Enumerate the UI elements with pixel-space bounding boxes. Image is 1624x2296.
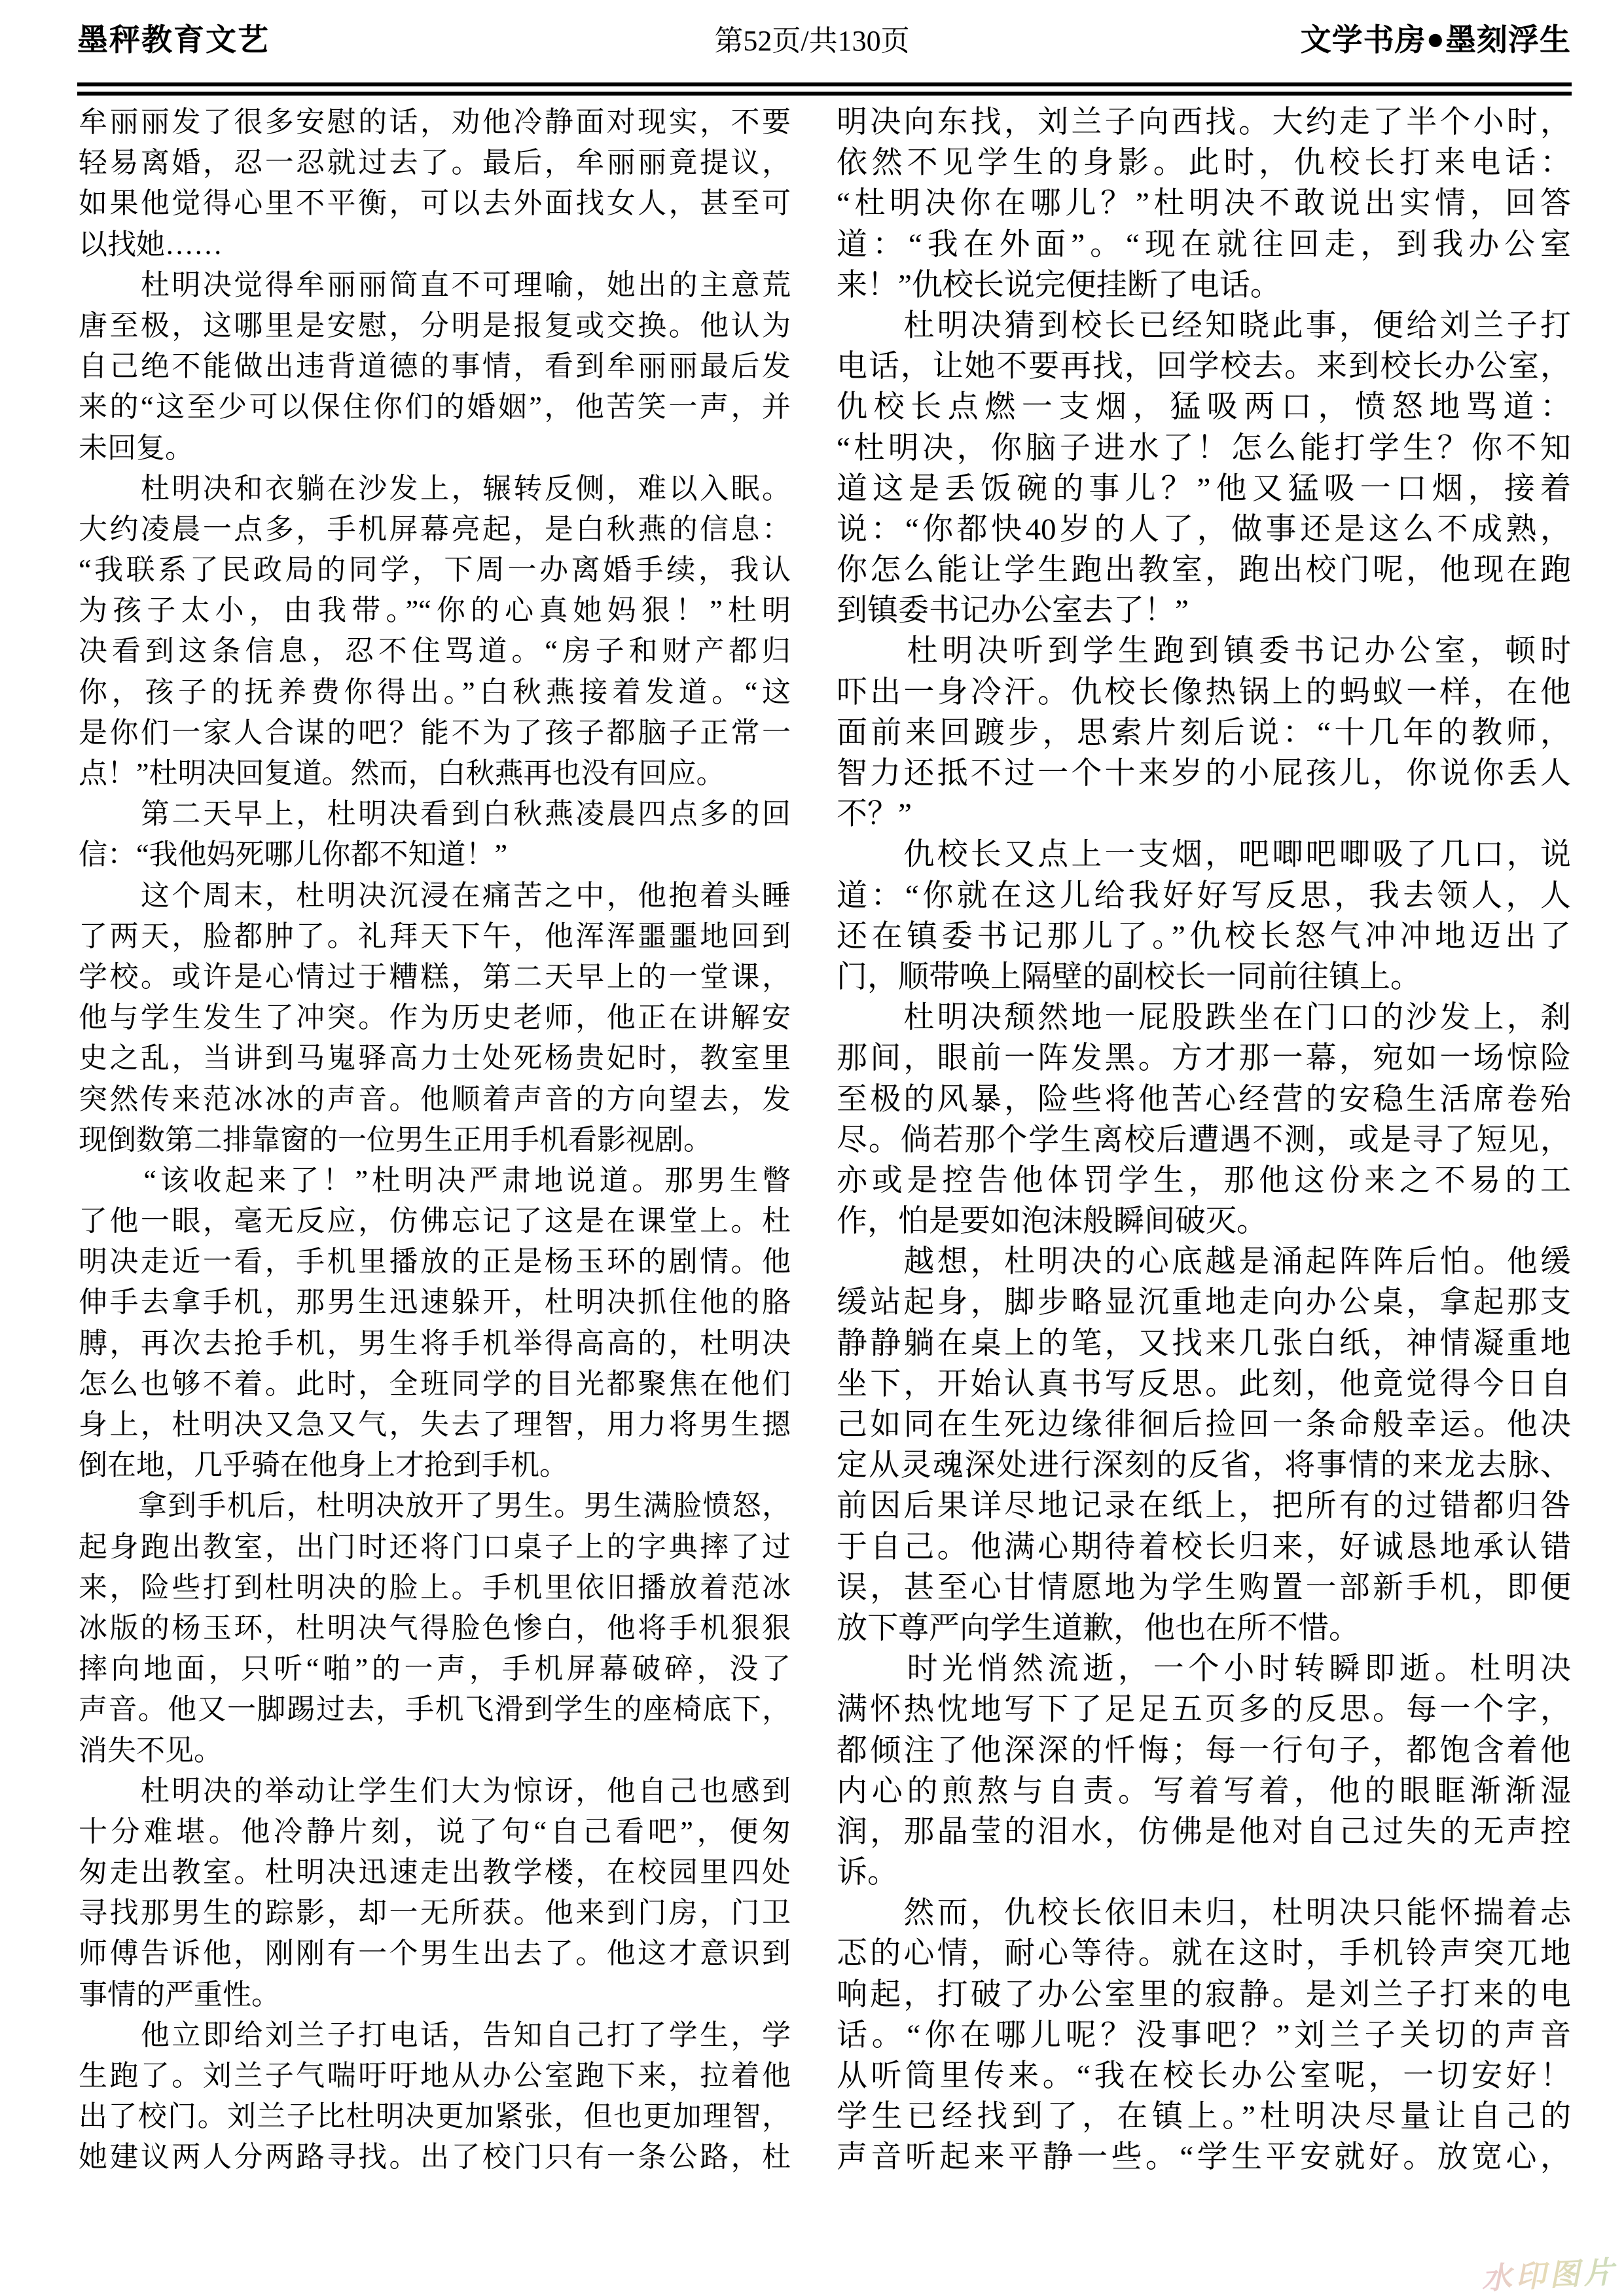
text-line: 话。“你在哪儿呢？没事吧？”刘兰子关切的声音 [837,2015,1571,2056]
text-line: 杜明决和衣躺在沙发上，辗转反侧，难以入眠。 [79,469,791,509]
text-line: 杜明决觉得牟丽丽简直不可理喻，她出的主意荒 [79,265,791,306]
text-line: 点！”杜明决回复道。然而，白秋燕再也没有回应。 [79,753,791,794]
text-line: 信：“我他妈死哪儿你都不知道！” [79,834,791,875]
text-line: 亦或是控告他体罚学生，那他这份来之不易的工 [837,1160,1571,1201]
header-rule-bottom [77,92,1572,96]
text-line: 说：“你都快40岁的人了，做事还是这么不成熟， [837,509,1571,550]
text-line: 你，孩子的抚养费你得出。”白秋燕接着发道。“这 [79,672,791,713]
text-line: “该收起来了！”杜明决严肃地说道。那男生瞥 [79,1160,791,1201]
text-line: 他立即给刘兰子打电话，告知自己打了学生，学 [79,2015,791,2056]
text-line: 以找她…… [79,224,791,265]
text-line: 起身跑出教室，出门时还将门口桌子上的字典摔了过 [79,1527,791,1568]
text-line: 他与学生发生了冲突。作为历史老师，他正在讲解安 [79,997,791,1038]
text-line: 满怀热忱地写下了足足五页多的反思。每一个字， [837,1689,1571,1730]
text-line: 然而，仇校长依旧未归，杜明决只能怀揣着忐 [837,1893,1571,1933]
text-line: 这个周末，杜明决沉浸在痛苦之中，他抱着头睡 [79,876,791,916]
text-line: 生跑了。刘兰子气喘吁吁地从办公室跑下来，拉着他 [79,2056,791,2096]
text-line: 事情的严重性。 [79,1975,791,2015]
text-line: 怎么也够不着。此时，全班同学的目光都聚焦在他们 [79,1364,791,1405]
text-line: 润，那晶莹的泪水，仿佛是他对自己过失的无声控 [837,1812,1571,1852]
text-line: 匆走出教室。杜明决迅速走出教学楼，在校园里四处 [79,1852,791,1893]
text-line: 出了校门。刘兰子比杜明决更加紧张，但也更加理智， [79,2096,791,2137]
text-line: 那间，眼前一阵发黑。方才那一幕，宛如一场惊险 [837,1038,1571,1079]
text-line: 拿到手机后，杜明决放开了男生。男生满脸愤怒， [79,1486,791,1526]
bullet-separator-icon: ● [1426,22,1445,56]
text-line: “杜明决，你脑子进水了！怎么能打学生？你不知 [837,428,1571,469]
text-line: 摔向地面，只听“啪”的一声，手机屏幕破碎，没了 [79,1649,791,1689]
text-line: 仇校长点燃一支烟，猛吸两口，愤怒地骂道： [837,387,1571,427]
text-line: 明决向东找，刘兰子向西找。大约走了半个小时， [837,102,1571,143]
text-line: 自己绝不能做出违背道德的事情，看到牟丽丽最后发 [79,346,791,387]
text-line: 突然传来范冰冰的声音。他顺着声音的方向望去，发 [79,1079,791,1120]
text-line: 都倾注了他深深的忏悔；每一行句子，都饱含着他 [837,1731,1571,1771]
text-line: 杜明决猜到校长已经知晓此事，便给刘兰子打 [837,306,1571,346]
text-line: 还在镇委书记那儿了。”仇校长怒气冲冲地迈出了 [837,916,1571,957]
text-line: 声音。他又一脚踢过去，手机飞滑到学生的座椅底下， [79,1689,791,1730]
text-line: 杜明决的举动让学生们大为惊讶，他自己也感到 [79,1771,791,1812]
header-rule-top [77,82,1572,86]
text-line: 学生已经找到了，在镇上。”杜明决尽量让自己的 [837,2096,1571,2137]
text-line: 明决走近一看，手机里播放的正是杨玉环的剧情。他 [79,1242,791,1282]
text-line: 不？” [837,794,1571,834]
text-line: 杜明决颓然地一屁股跌坐在门口的沙发上，刹 [837,997,1571,1038]
text-line: 声音听起来平静一些。“学生平安就好。放宽心， [837,2137,1571,2178]
text-line: 如果他觉得心里不平衡，可以去外面找女人，甚至可 [79,183,791,224]
text-line: 从听筒里传来。“我在校长办公室呢，一切安好！ [837,2056,1571,2096]
text-line: 缓站起身，脚步略显沉重地走向办公桌，拿起那支 [837,1282,1571,1323]
text-line: 道这是丢饭碗的事儿？”他又猛吸一口烟，接着 [837,469,1571,509]
text-line: 第二天早上，杜明决看到白秋燕凌晨四点多的回 [79,794,791,834]
text-line: 智力还抵不过一个十来岁的小屁孩儿，你说你丢人 [837,753,1571,794]
text-line: 冰版的杨玉环，杜明决气得脸色惨白，他将手机狠狠 [79,1608,791,1649]
text-line: 门，顺带唤上隔壁的副校长一同前往镇上。 [837,957,1571,997]
text-line: 是你们一家人合谋的吧？能不为了孩子都脑子正常一 [79,713,791,753]
text-line: 来的“这至少可以保住你们的婚姻”，他苦笑一声，并 [79,387,791,427]
text-line: 至极的风暴，险些将他苦心经营的安稳生活席卷殆 [837,1079,1571,1120]
text-line: 大约凌晨一点多，手机屏幕亮起，是白秋燕的信息： [79,509,791,550]
text-line: 未回复。 [79,428,791,469]
text-line: 倒在地，几乎骑在他身上才抢到手机。 [79,1445,791,1486]
text-line: 于自己。他满心期待着校长归来，好诚恳地承认错 [837,1527,1571,1568]
text-line: 来，险些打到杜明决的脸上。手机里依旧播放着范冰 [79,1568,791,1608]
text-line: 响起，打破了办公室里的寂静。是刘兰子打来的电 [837,1975,1571,2015]
text-line: 伸手去拿手机，那男生迅速躲开，杜明决抓住他的胳 [79,1282,791,1323]
text-line: 道：“你就在这儿给我好好写反思，我去领人，人 [837,876,1571,916]
text-line: 师傅告诉他，刚刚有一个男生出去了。他这才意识到 [79,1933,791,1974]
text-line: 消失不见。 [79,1731,791,1771]
text-line: 尽。倘若那个学生离校后遭遇不测，或是寻了短见， [837,1120,1571,1160]
text-line: 前因后果详尽地记录在纸上，把所有的过错都归咎 [837,1486,1571,1526]
text-line: 牟丽丽发了很多安慰的话，劝他冷静面对现实，不要 [79,102,791,143]
text-line: 寻找那男生的踪影，却一无所获。他来到门房，门卫 [79,1893,791,1933]
header-section-title: 文学书房●墨刻浮生 [1301,16,1571,60]
text-line: “我联系了民政局的同学，下周一办离婚手续，我认 [79,550,791,590]
magazine-page: 墨秤教育文艺 第52页/共130页 文学书房●墨刻浮生 牟丽丽发了很多安慰的话，… [0,0,1624,2296]
text-line: 决看到这条信息，忍不住骂道。“房子和财产都归 [79,631,791,672]
text-line: 忑的心情，耐心等待。就在这时，手机铃声突兀地 [837,1933,1571,1974]
text-line: 了两天，脸都肿了。礼拜天下午，他浑浑噩噩地回到 [79,916,791,957]
text-line: 史之乱，当讲到马嵬驿高力士处死杨贵妃时，教室里 [79,1038,791,1079]
text-line: 现倒数第二排靠窗的一位男生正用手机看影视剧。 [79,1120,791,1160]
text-line: 时光悄然流逝，一个小时转瞬即逝。杜明决 [837,1649,1571,1689]
text-line: “杜明决你在哪儿？”杜明决不敢说出实情，回答 [837,183,1571,224]
text-line: 作，怕是要如泡沫般瞬间破灭。 [837,1201,1571,1242]
text-line: 电话，让她不要再找，回学校去。来到校长办公室， [837,346,1571,387]
text-line: 道：“我在外面”。“现在就往回走，到我办公室 [837,224,1571,265]
text-line: 身上，杜明决又急又气，失去了理智，用力将男生摁 [79,1405,791,1445]
text-line: 她建议两人分两路寻找。出了校门只有一条公路，杜 [79,2137,791,2178]
header-column-name: 墨刻浮生 [1445,24,1571,58]
text-line: 十分难堪。他冷静片刻，说了句“自己看吧”，便匆 [79,1812,791,1852]
text-line: 膊，再次去抢手机，男生将手机举得高高的，杜明决 [79,1323,791,1364]
text-line: 唐至极，这哪里是安慰，分明是报复或交换。他认为 [79,306,791,346]
text-line: 杜明决听到学生跑到镇委书记办公室，顿时 [837,631,1571,672]
text-line: 吓出一身冷汗。仇校长像热锅上的蚂蚁一样，在他 [837,672,1571,713]
text-line: 仇校长又点上一支烟，吧唧吧唧吸了几口，说 [837,834,1571,875]
text-line: 依然不见学生的身影。此时，仇校长打来电话： [837,143,1571,183]
text-line: 定从灵魂深处进行深刻的反省，将事情的来龙去脉、 [837,1445,1571,1486]
text-line: 越想，杜明决的心底越是涌起阵阵后怕。他缓 [837,1242,1571,1282]
text-line: 诉。 [837,1852,1571,1893]
text-line: 轻易离婚，忍一忍就过去了。最后，牟丽丽竟提议， [79,143,791,183]
text-line: 学校。或许是心情过于糟糕，第二天早上的一堂课， [79,957,791,997]
text-line: 你怎么能让学生跑出教室，跑出校门呢，他现在跑 [837,550,1571,590]
text-column-right: 明决向东找，刘兰子向西找。大约走了半个小时，依然不见学生的身影。此时，仇校长打来… [837,102,1571,2178]
text-line: 坐下，开始认真书写反思。此刻，他竟觉得今日自 [837,1364,1571,1405]
text-column-left: 牟丽丽发了很多安慰的话，劝他冷静面对现实，不要轻易离婚，忍一忍就过去了。最后，牟… [79,102,791,2178]
text-line: 到镇委书记办公室去了！” [837,590,1571,631]
text-line: 了他一眼，毫无反应，仿佛忘记了这是在课堂上。杜 [79,1201,791,1242]
text-line: 来！”仇校长说完便挂断了电话。 [837,265,1571,306]
header-section-name: 文学书房 [1301,24,1426,58]
text-line: 内心的煎熬与自责。写着写着，他的眼眶渐渐湿 [837,1771,1571,1812]
text-line: 面前来回踱步，思索片刻后说：“十几年的教师， [837,713,1571,753]
text-line: 误，甚至心甘情愿地为学生购置一部新手机，即便 [837,1568,1571,1608]
watermark: 水印图片 [1480,2248,1618,2296]
text-line: 己如同在生死边缘徘徊后捡回一条命般幸运。他决 [837,1405,1571,1445]
text-line: 静静躺在桌上的笔，又找来几张白纸，神情凝重地 [837,1323,1571,1364]
text-line: 为孩子太小，由我带。”“你的心真她妈狠！”杜明 [79,590,791,631]
text-line: 放下尊严向学生道歉，他也在所不惜。 [837,1608,1571,1649]
